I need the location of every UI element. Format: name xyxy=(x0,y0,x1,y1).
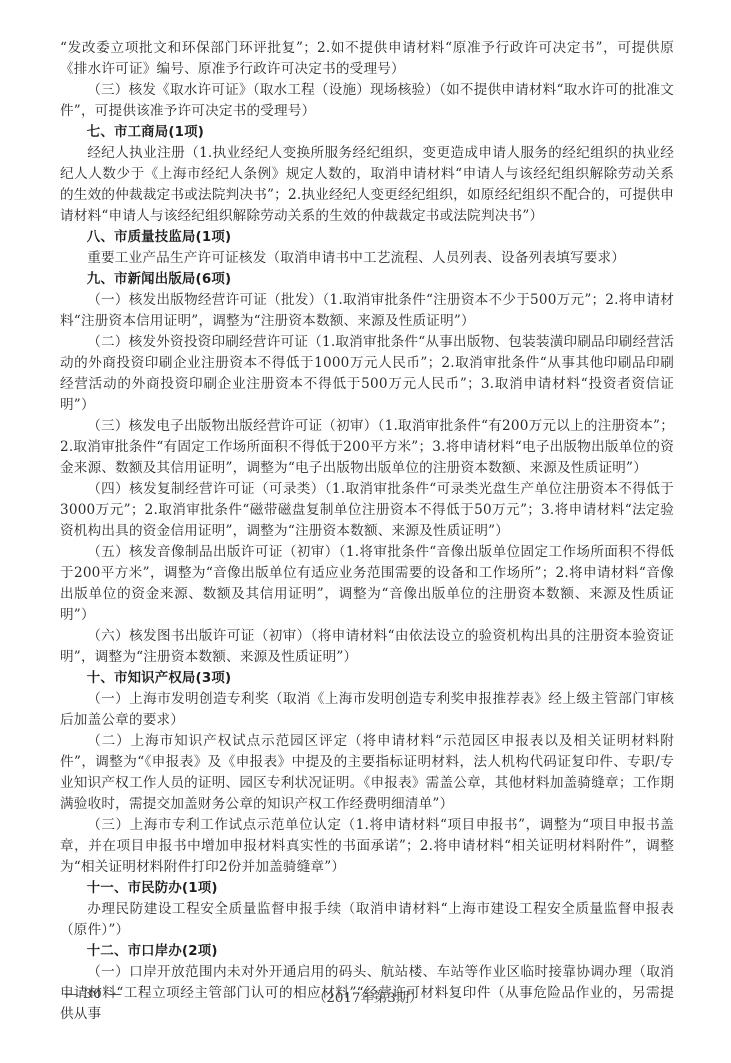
paragraph-foreign-printing: （二）核发外资投资印刷经营许可证（1.取消审批条件“从事出版物、包装装潢印刷品印… xyxy=(60,332,674,416)
section-heading-port-office: 十二、市口岸办(2项) xyxy=(60,941,674,962)
paragraph-broker-registration: 经纪人执业注册（1.执业经纪人变换所服务经纪组织，变更造成申请人服务的经纪组织的… xyxy=(60,143,674,227)
page-number: — 30 — xyxy=(64,987,122,1002)
paragraph-patent-unit: （三）上海市专利工作试点示范单位认定（1.将申请材料“项目申报书”，调整为“项目… xyxy=(60,815,674,878)
paragraph-continuation: “发改委立项批文和环保部门环评批复”；2.如不提供申请材料“原准予行政许可决定书… xyxy=(60,38,674,80)
paragraph-recordable-copy: （四）核发复制经营许可证（可录类）（1.取消审批条件“可录类光盘生产单位注册资本… xyxy=(60,479,674,542)
section-heading-ip-bureau: 十、市知识产权局(3项) xyxy=(60,668,674,689)
paragraph-publication-wholesale: （一）核发出版物经营许可证（批发）（1.取消审批条件“注册资本不少于500万元”… xyxy=(60,290,674,332)
paragraph-invention-award: （一）上海市发明创造专利奖（取消《上海市发明创造专利奖申报推荐表》经上级主管部门… xyxy=(60,689,674,731)
paragraph-water-permit: （三）核发《取水许可证》（取水工程（设施）现场核验）（如不提供申请材料“取水许可… xyxy=(60,80,674,122)
section-heading-quality-bureau: 八、市质量技监局(1项) xyxy=(60,227,674,248)
paragraph-ip-park: （二）上海市知识产权试点示范园区评定（将申请材料“示范园区申报表以及相关证明材料… xyxy=(60,731,674,815)
section-heading-civil-defense: 十一、市民防办(1项) xyxy=(60,878,674,899)
paragraph-civil-defense-supervision: 办理民防建设工程安全质量监督申报手续（取消申请材料“上海市建设工程安全质量监督申… xyxy=(60,899,674,941)
paragraph-book-publishing: （六）核发图书出版许可证（初审）（将申请材料“由依法设立的验资机构出具的注册资本… xyxy=(60,626,674,668)
section-heading-commerce-bureau: 七、市工商局(1项) xyxy=(60,122,674,143)
paragraph-electronic-publication: （三）核发电子出版物出版经营许可证（初审）（1.取消审批条件“有200万元以上的… xyxy=(60,416,674,479)
section-heading-press-bureau: 九、市新闻出版局(6项) xyxy=(60,269,674,290)
page-footer: — 30 — （2017年第3期） xyxy=(60,987,674,1008)
paragraph-production-license: 重要工业产品生产许可证核发（取消申请书中工艺流程、人员列表、设备列表填写要求） xyxy=(60,248,674,269)
issue-label: （2017年第3期） xyxy=(313,987,423,1006)
document-body: “发改委立项批文和环保部门环评批复”；2.如不提供申请材料“原准予行政许可决定书… xyxy=(60,38,674,1025)
paragraph-audio-video: （五）核发音像制品出版许可证（初审）（1.将审批条件“音像出版单位固定工作场所面… xyxy=(60,542,674,626)
